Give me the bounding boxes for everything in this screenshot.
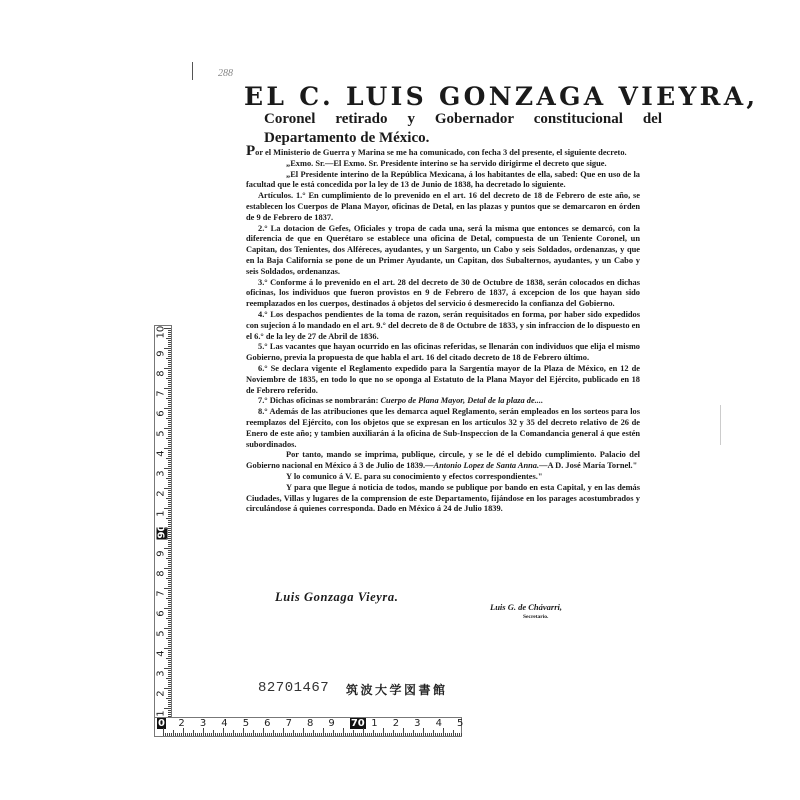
ruler-label: 5 — [457, 718, 463, 729]
ruler-tick — [409, 733, 410, 736]
ruler-tick — [191, 733, 192, 736]
ruler-tick — [164, 388, 171, 389]
ruler-tick — [377, 733, 378, 736]
ruler-tick — [459, 733, 460, 736]
ruler-tick — [166, 698, 171, 699]
ruler-tick — [373, 730, 374, 736]
ruler-tick — [311, 733, 312, 736]
ruler-tick — [187, 733, 188, 736]
ruler-tick — [168, 690, 171, 691]
ruler-tick — [195, 733, 196, 736]
ruler-label: 2 — [156, 689, 167, 699]
document-title: EL C. LUIS GONZAGA VIEYRA, — [244, 82, 758, 111]
ruler-tick — [203, 728, 204, 736]
ruler-tick — [281, 733, 282, 736]
ruler-tick — [168, 534, 171, 535]
ruler-label: 3 — [156, 669, 167, 679]
ruler-tick — [329, 733, 330, 736]
ruler-label: 0 — [157, 718, 166, 729]
ruler-tick — [369, 733, 370, 736]
ruler-tick — [168, 396, 171, 397]
ruler-tick — [164, 528, 171, 529]
ruler-tick — [307, 733, 308, 736]
ruler-tick — [164, 568, 171, 569]
ruler-tick — [168, 702, 171, 703]
ruler-tick — [303, 728, 304, 736]
ruler-tick — [235, 733, 236, 736]
ruler-tick — [257, 733, 258, 736]
ruler-tick — [168, 552, 171, 553]
ruler-tick — [168, 502, 171, 503]
ruler-tick — [168, 486, 171, 487]
ruler-tick — [389, 733, 390, 736]
ruler-tick — [168, 432, 171, 433]
ruler-tick — [255, 733, 256, 736]
page-number: 288 — [218, 68, 233, 79]
ruler-tick — [168, 340, 171, 341]
ruler-tick — [168, 602, 171, 603]
ruler-tick — [164, 648, 171, 649]
ruler-tick — [415, 733, 416, 736]
ruler-label: 7 — [156, 389, 167, 399]
ruler-tick — [279, 733, 280, 736]
ruler-tick — [347, 733, 348, 736]
ruler-tick — [405, 733, 406, 736]
ruler-tick — [213, 730, 214, 736]
ruler-tick — [337, 733, 338, 736]
ruler-tick — [168, 416, 171, 417]
ruler-tick — [168, 410, 171, 411]
article-5: 5.° Las vacantes que hayan ocurrido en l… — [246, 342, 640, 364]
ruler-tick — [401, 733, 402, 736]
governor-signature: Luis Gonzaga Vieyra. — [275, 590, 398, 605]
ruler-tick — [253, 730, 254, 736]
ruler-tick — [168, 712, 171, 713]
ruler-tick — [168, 500, 171, 501]
ruler-tick — [168, 606, 171, 607]
ruler-tick — [168, 682, 171, 683]
ruler-tick — [168, 574, 171, 575]
ruler-tick — [168, 492, 171, 493]
ruler-tick — [168, 400, 171, 401]
ruler-tick — [277, 733, 278, 736]
ruler-tick — [168, 424, 171, 425]
ruler-tick — [168, 392, 171, 393]
ruler-tick — [168, 436, 171, 437]
ruler-tick — [327, 733, 328, 736]
ruler-tick — [168, 680, 171, 681]
ruler-tick — [168, 570, 171, 571]
ruler-tick — [168, 414, 171, 415]
ruler-tick — [375, 733, 376, 736]
ruler-tick — [293, 730, 294, 736]
ruler-tick — [165, 733, 166, 736]
ruler-tick — [299, 733, 300, 736]
ruler-label: 5 — [156, 429, 167, 439]
ruler-tick — [247, 733, 248, 736]
ruler-tick — [164, 488, 171, 489]
article-7: 7.° Dichas oficinas se nombrarán: Cuerpo… — [246, 396, 640, 407]
document-subtitle: Coronel retirado y Gobernador constituci… — [264, 110, 662, 148]
ruler-tick — [164, 328, 171, 329]
ruler-label: 3 — [156, 469, 167, 479]
ruler-tick — [397, 733, 398, 736]
ruler-label: 8 — [156, 569, 167, 579]
ruler-tick — [295, 733, 296, 736]
ruler-tick — [168, 530, 171, 531]
ruler-tick — [425, 733, 426, 736]
ruler-tick — [331, 733, 332, 736]
ruler-tick — [168, 514, 171, 515]
ruler-tick — [231, 733, 232, 736]
ruler-tick — [283, 728, 284, 736]
ruler-tick — [175, 733, 176, 736]
ruler-tick — [223, 728, 224, 736]
ruler-tick — [173, 730, 174, 736]
ruler-tick — [249, 733, 250, 736]
ruler-tick — [359, 733, 360, 736]
ruler-tick — [168, 476, 171, 477]
ruler-tick — [168, 494, 171, 495]
ruler-tick — [167, 733, 168, 736]
ruler-tick — [168, 676, 171, 677]
ruler-tick — [168, 692, 171, 693]
ruler-tick — [164, 368, 171, 369]
ruler-tick — [227, 733, 228, 736]
ruler-tick — [437, 733, 438, 736]
ruler-tick — [413, 730, 414, 736]
ruler-tick — [233, 730, 234, 736]
ruler-tick — [383, 728, 384, 736]
ruler-tick — [168, 672, 171, 673]
ruler-tick — [453, 730, 454, 736]
article-4: 4.° Los despachos pendientes de la toma … — [246, 310, 640, 342]
ruler-tick — [166, 498, 171, 499]
ruler-tick — [441, 733, 442, 736]
ruler-tick — [179, 733, 180, 736]
ruler-tick — [168, 650, 171, 651]
ruler-tick — [168, 706, 171, 707]
ruler-tick — [164, 668, 171, 669]
ruler-tick — [168, 372, 171, 373]
ruler-tick — [168, 374, 171, 375]
ruler-tick — [443, 728, 444, 736]
article-3: 3.° Conforme á lo prevenido en el art. 2… — [246, 278, 640, 310]
ruler-tick — [168, 370, 171, 371]
ruler-tick — [164, 508, 171, 509]
ruler-tick — [166, 458, 171, 459]
horizontal-ruler: 0234567897012345 — [154, 717, 462, 737]
ruler-tick — [168, 556, 171, 557]
ruler-tick — [168, 642, 171, 643]
ruler-tick — [168, 572, 171, 573]
ruler-tick — [168, 640, 171, 641]
ruler-tick — [168, 522, 171, 523]
ruler-tick — [241, 733, 242, 736]
ruler-tick — [166, 438, 171, 439]
article-8: 8.° Además de las atribuciones que les d… — [246, 407, 640, 450]
ruler-tick — [189, 733, 190, 736]
ruler-tick — [168, 382, 171, 383]
ruler-tick — [166, 478, 171, 479]
ruler-tick — [166, 558, 171, 559]
ruler-tick — [168, 420, 171, 421]
ruler-tick — [168, 446, 171, 447]
ruler-tick — [351, 733, 352, 736]
ruler-tick — [315, 733, 316, 736]
ruler-tick — [168, 636, 171, 637]
ruler-tick — [166, 658, 171, 659]
ruler-tick — [168, 450, 171, 451]
ruler-label: 9 — [328, 718, 334, 729]
ruler-tick — [168, 616, 171, 617]
ruler-tick — [407, 733, 408, 736]
ruler-tick — [168, 484, 171, 485]
ruler-tick — [168, 444, 171, 445]
ruler-tick — [457, 733, 458, 736]
ruler-tick — [168, 586, 171, 587]
ruler-label: 10 — [156, 329, 167, 339]
ruler-tick — [221, 733, 222, 736]
ruler-tick — [323, 728, 324, 736]
ruler-tick — [239, 733, 240, 736]
ruler-tick — [267, 733, 268, 736]
ruler-tick — [317, 733, 318, 736]
ruler-tick — [168, 694, 171, 695]
ruler-tick — [164, 708, 171, 709]
ruler-tick — [367, 733, 368, 736]
ruler-label: 4 — [436, 718, 442, 729]
ruler-tick — [387, 733, 388, 736]
ruler-tick — [345, 733, 346, 736]
ruler-tick — [168, 632, 171, 633]
ruler-tick — [168, 546, 171, 547]
ruler-tick — [215, 733, 216, 736]
ruler-tick — [168, 406, 171, 407]
ruler-tick — [339, 733, 340, 736]
ruler-tick — [164, 348, 171, 349]
ruler-tick — [168, 364, 171, 365]
ruler-tick — [429, 733, 430, 736]
ruler-tick — [168, 604, 171, 605]
ruler-tick — [168, 336, 171, 337]
ruler-tick — [168, 480, 171, 481]
paragraph-por-tanto: Por tanto, mando se imprima, publique, c… — [246, 450, 640, 472]
ruler-tick — [169, 733, 170, 736]
ruler-tick — [168, 592, 171, 593]
ruler-tick — [168, 580, 171, 581]
paragraph: „El Presidente interino de la República … — [246, 170, 640, 192]
ruler-tick — [168, 646, 171, 647]
ruler-tick — [164, 408, 171, 409]
paragraph-closing: Y para que llegue á noticia de todos, ma… — [246, 483, 640, 515]
secretary-signature: Luis G. de Chávarri, — [490, 602, 562, 612]
ruler-tick — [183, 728, 184, 736]
drop-cap: P — [246, 143, 255, 159]
ruler-tick — [168, 472, 171, 473]
ruler-tick — [168, 422, 171, 423]
ruler-label: 5 — [156, 629, 167, 639]
ruler-tick — [455, 733, 456, 736]
ruler-tick — [168, 512, 171, 513]
ruler-label: 7 — [286, 718, 292, 729]
paragraph: „Exmo. Sr.—El Exmo. Sr. Presidente inter… — [246, 159, 640, 170]
ruler-tick — [421, 733, 422, 736]
decree-body: Por el Ministerio de Guerra y Marina se … — [246, 146, 640, 515]
ruler-tick — [395, 733, 396, 736]
ruler-tick — [211, 733, 212, 736]
ruler-tick — [168, 384, 171, 385]
ruler-tick — [381, 733, 382, 736]
ruler-tick — [163, 728, 164, 736]
ruler-tick — [168, 332, 171, 333]
ruler-tick — [166, 338, 171, 339]
ruler-tick — [168, 584, 171, 585]
ruler-tick — [168, 660, 171, 661]
ruler-tick — [168, 354, 171, 355]
ruler-label: 7 — [156, 589, 167, 599]
ruler-tick — [229, 733, 230, 736]
ruler-tick — [287, 733, 288, 736]
ruler-tick — [433, 730, 434, 736]
ruler-tick — [166, 578, 171, 579]
ruler-tick — [168, 402, 171, 403]
ruler-tick — [168, 360, 171, 361]
ruler-tick — [168, 366, 171, 367]
ruler-tick — [168, 696, 171, 697]
ruler-tick — [168, 380, 171, 381]
ruler-tick — [207, 733, 208, 736]
ruler-tick — [447, 733, 448, 736]
ruler-tick — [411, 733, 412, 736]
ruler-tick — [168, 362, 171, 363]
ruler-tick — [168, 582, 171, 583]
ruler-tick — [168, 674, 171, 675]
ruler-tick — [325, 733, 326, 736]
ruler-tick — [168, 652, 171, 653]
ruler-tick — [349, 733, 350, 736]
ruler-tick — [168, 550, 171, 551]
secretary-role: Secretario. — [523, 614, 548, 620]
ruler-tick — [271, 733, 272, 736]
ruler-tick — [166, 418, 171, 419]
ruler-tick — [168, 466, 171, 467]
ruler-tick — [168, 356, 171, 357]
ruler-tick — [363, 728, 364, 736]
ruler-tick — [259, 733, 260, 736]
ruler-tick — [168, 700, 171, 701]
ruler-label: 9 — [156, 349, 167, 359]
ruler-tick — [168, 520, 171, 521]
ruler-tick — [168, 566, 171, 567]
ruler-tick — [168, 614, 171, 615]
ruler-tick — [168, 430, 171, 431]
ruler-tick — [168, 426, 171, 427]
ruler-tick — [166, 618, 171, 619]
ruler-tick — [313, 730, 314, 736]
ruler-label: 6 — [156, 609, 167, 619]
ruler-tick — [365, 733, 366, 736]
ruler-label: 4 — [156, 449, 167, 459]
ruler-label: 8 — [307, 718, 313, 729]
ruler-tick — [168, 670, 171, 671]
ruler-tick — [385, 733, 386, 736]
ruler-tick — [168, 532, 171, 533]
ruler-tick — [261, 733, 262, 736]
ruler-tick — [361, 733, 362, 736]
ruler-tick — [219, 733, 220, 736]
catalog-number: 82701467 — [258, 680, 329, 696]
ruler-tick — [168, 346, 171, 347]
ruler-tick — [166, 398, 171, 399]
ruler-label: 3 — [414, 718, 420, 729]
ruler-tick — [168, 454, 171, 455]
ruler-tick — [301, 733, 302, 736]
ruler-tick — [168, 470, 171, 471]
ruler-tick — [168, 504, 171, 505]
ruler-label: 2 — [393, 718, 399, 729]
ruler-tick — [168, 330, 171, 331]
ruler-tick — [168, 496, 171, 497]
ruler-label: 6 — [156, 409, 167, 419]
ruler-tick — [333, 730, 334, 736]
ruler-tick — [168, 576, 171, 577]
ruler-tick — [168, 630, 171, 631]
ruler-tick — [355, 733, 356, 736]
ruler-label: 4 — [156, 649, 167, 659]
ruler-tick — [166, 538, 171, 539]
article-1: Artículos. 1.° En cumplimiento de lo pre… — [246, 191, 640, 223]
ruler-tick — [225, 733, 226, 736]
ruler-tick — [168, 600, 171, 601]
ruler-tick — [168, 612, 171, 613]
ruler-tick — [427, 733, 428, 736]
ruler-tick — [309, 733, 310, 736]
ruler-tick — [166, 518, 171, 519]
ruler-tick — [168, 352, 171, 353]
ruler-tick — [164, 548, 171, 549]
ruler-tick — [291, 733, 292, 736]
ruler-label: 1 — [371, 718, 377, 729]
ruler-tick — [435, 733, 436, 736]
ruler-tick — [201, 733, 202, 736]
ruler-tick — [168, 654, 171, 655]
ruler-tick — [168, 474, 171, 475]
ruler-label: 2 — [156, 489, 167, 499]
ruler-tick — [168, 610, 171, 611]
ruler-tick — [168, 506, 171, 507]
ruler-tick — [168, 714, 171, 715]
ruler-tick — [319, 733, 320, 736]
ruler-tick — [419, 733, 420, 736]
ruler-tick — [168, 656, 171, 657]
ruler-tick — [164, 688, 171, 689]
ruler-tick — [431, 733, 432, 736]
paragraph-intro: Por el Ministerio de Guerra y Marina se … — [246, 146, 640, 159]
ruler-tick — [168, 540, 171, 541]
ruler-tick — [168, 376, 171, 377]
ruler-tick — [168, 590, 171, 591]
ruler-tick — [168, 662, 171, 663]
ruler-tick — [273, 730, 274, 736]
ruler-tick — [168, 456, 171, 457]
ruler-tick — [168, 560, 171, 561]
ruler-tick — [193, 730, 194, 736]
ruler-tick — [285, 733, 286, 736]
ruler-tick — [168, 626, 171, 627]
ruler-tick — [265, 733, 266, 736]
article-2: 2.° La dotacion de Gefes, Oficiales y tr… — [246, 224, 640, 278]
